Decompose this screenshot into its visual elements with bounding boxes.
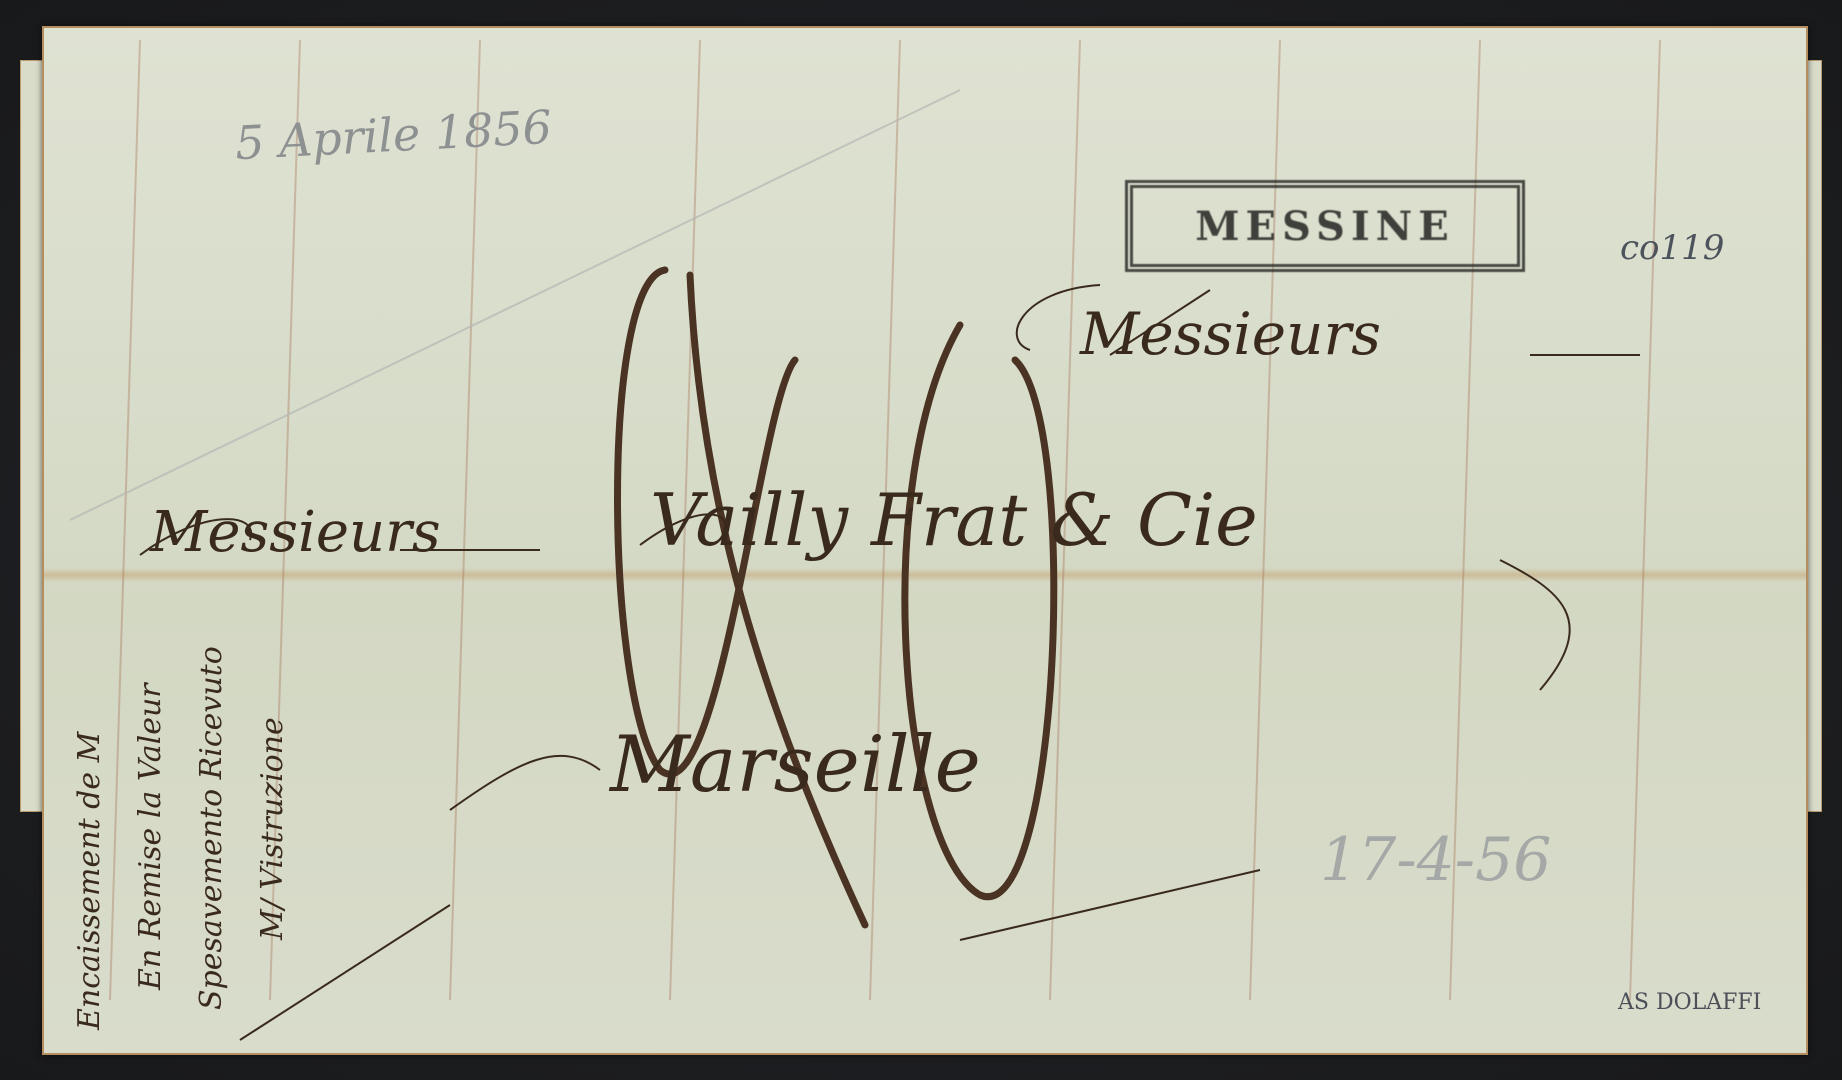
side-note-line: Encaissement de M bbox=[72, 610, 107, 1030]
side-note-line: M/ Vistruzione bbox=[255, 520, 290, 940]
side-note: Encaissement de M En Remise la Valeur Sp… bbox=[72, 610, 290, 1030]
salutation-address: Messieurs bbox=[150, 500, 441, 565]
destination: Marseille bbox=[610, 720, 981, 810]
pencil-date: 17-4-56 bbox=[1320, 825, 1551, 895]
fold-crease bbox=[44, 568, 1806, 582]
side-note-line: En Remise la Valeur bbox=[133, 570, 168, 990]
expert-signature: AS DOLAFFI bbox=[1618, 990, 1761, 1015]
pencil-note: co119 bbox=[1620, 228, 1724, 268]
salutation-top: Messieurs bbox=[1080, 300, 1381, 368]
side-note-line: Spesavemento Ricevuto bbox=[194, 590, 229, 1010]
addressee: Vailly Frat & Cie bbox=[650, 478, 1258, 562]
postmark-stamp: MESSINE bbox=[1125, 180, 1525, 272]
